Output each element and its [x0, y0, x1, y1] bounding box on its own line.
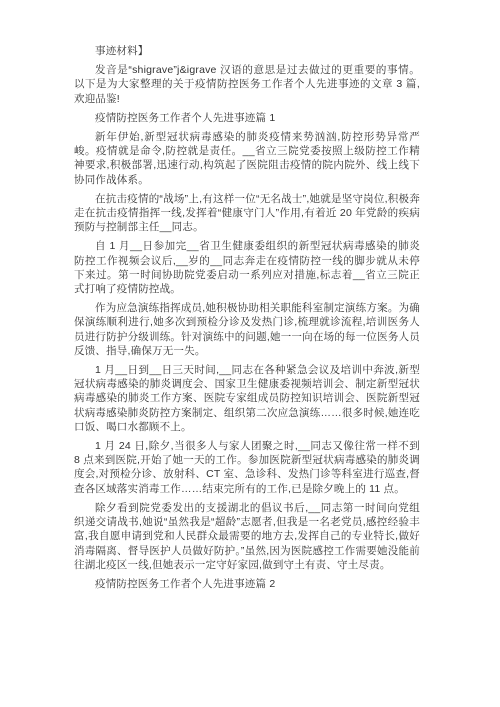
section-title-part-2: 疫情防控医务工作者个人先进事迹篇 2: [74, 577, 420, 591]
document-body: 事迹材料】 发音是“shigrave”j&igrave 汉语的意思是过去做过的更…: [74, 44, 420, 591]
paragraph: 1 月 24 日,除夕,当很多人与家人团聚之时,__同志又像往常一样不到 8 点…: [74, 439, 420, 496]
doc-heading-fragment: 事迹材料】: [74, 44, 420, 58]
section-title-part-1: 疫情防控医务工作者个人先进事迹篇 1: [74, 111, 420, 125]
paragraph: 1 月__日到__日三天时间,__同志在各种紧急会议及培训中奔波,新型冠状病毒感…: [74, 363, 420, 434]
paragraph-intro: 发音是“shigrave”j&igrave 汉语的意思是过去做过的更重要的事情。…: [74, 63, 420, 106]
paragraph: 作为应急演练指挥成员,她积极协助相关职能科室制定演练方案。为确保演练顺利进行,她…: [74, 301, 420, 358]
paragraph: 新年伊始,新型冠状病毒感染的肺炎疫情来势汹汹,防控形势异常严峻。疫情就是命令,防…: [74, 130, 420, 187]
paragraph: 在抗击疫情的“战场”上,有这样一位“无名战士”,她就是坚守岗位,积极奔走在抗击疫…: [74, 192, 420, 235]
paragraph: 自 1 月__日参加完__省卫生健康委组织的新型冠状病毒感染的肺炎防控工作视频会…: [74, 239, 420, 296]
document-page: { "page": { "background": "#ffffff", "te…: [0, 0, 500, 707]
page-canvas: 事迹材料】 发音是“shigrave”j&igrave 汉语的意思是过去做过的更…: [0, 0, 500, 707]
paragraph: 除夕看到院党委发出的支援湖北的倡议书后,__同志第一时间向党组织递交请战书,她说…: [74, 501, 420, 572]
